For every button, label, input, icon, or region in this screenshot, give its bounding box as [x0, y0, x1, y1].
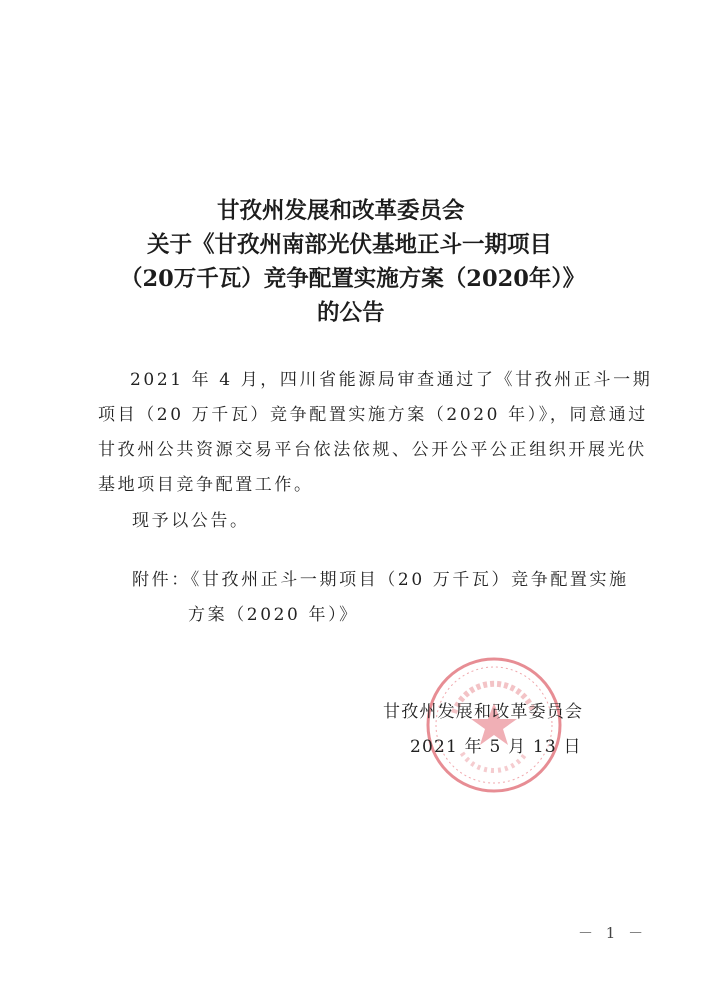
body-line-3: 甘孜州公共资源交易平台依法依规、公开公平公正组织开展光伏 [98, 438, 647, 462]
title-line-1: 甘孜州发展和改革委员会 [217, 194, 465, 228]
attachment-line-2: 方案（2020 年）》 [188, 603, 359, 627]
body-line-1: 2021 年 4 月，四川省能源局审查通过了《甘孜州正斗一期 [130, 368, 652, 392]
attachment-line-1: 附件：《甘孜州正斗一期项目（20 万千瓦）竞争配置实施 [132, 568, 629, 592]
signature-date: 2021 年 5 月 13 日 [410, 735, 582, 759]
body-line-4: 基地项目竞争配置工作。 [98, 473, 314, 497]
title-line-4: 的公告 [317, 296, 385, 330]
page-number: － 1 － [578, 922, 647, 943]
title-line-2: 关于《甘孜州南部光伏基地正斗一期项目 [147, 228, 552, 262]
announcement-line: 现予以公告。 [132, 509, 250, 533]
signature-organization: 甘孜州发展和改革委员会 [383, 700, 583, 724]
official-seal-icon [424, 655, 564, 795]
body-line-2: 项目（20 万千瓦）竞争配置实施方案（2020 年）》，同意通过 [98, 403, 648, 427]
title-line-3: （20万千瓦）竞争配置实施方案（2020年）》 [120, 262, 585, 296]
